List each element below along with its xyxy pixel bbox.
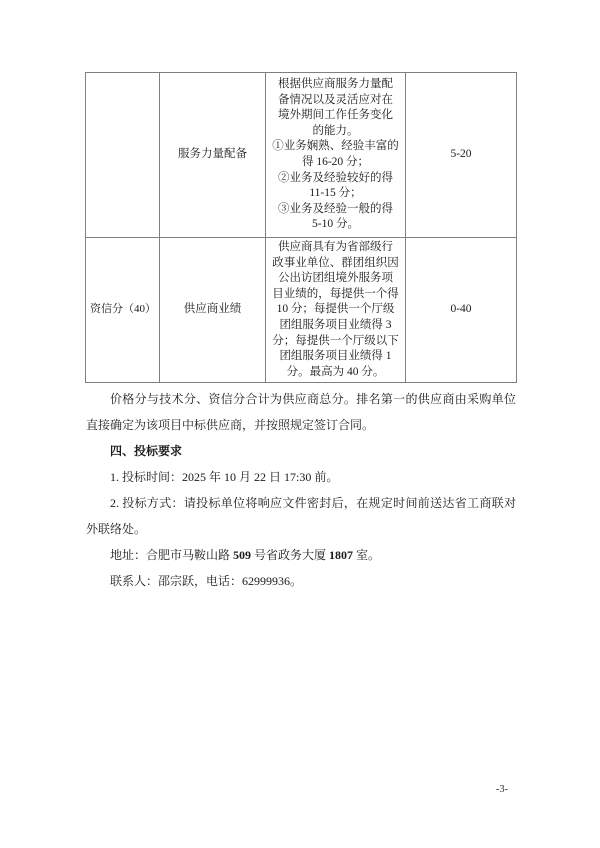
section-heading: 四、投标要求 [86, 438, 516, 464]
criteria-cell: 根据供应商服务力量配 备情况以及灵活应对在 境外期间工作任务变化 的能力。 ①业… [266, 73, 406, 238]
item-cell: 供应商业绩 [160, 238, 266, 383]
criteria-cell: 供应商具有为省部级行 政事业单位、群团组织因 公出访团组境外服务项 目业绩的，每… [266, 238, 406, 383]
category-cell: 资信分（40） [86, 238, 160, 383]
table-row: 服务力量配备 根据供应商服务力量配 备情况以及灵活应对在 境外期间工作任务变化 … [86, 73, 517, 238]
address-prefix: 地址：合肥市马鞍山路 [110, 548, 233, 562]
address-suffix: 室。 [353, 548, 380, 562]
score-cell: 5-20 [406, 73, 517, 238]
category-cell [86, 73, 160, 238]
bid-method-line: 2. 投标方式：请投标单位将响应文件密封后，在规定时间前送达省工商联对外联络处。 [86, 490, 516, 542]
document-page: 服务力量配备 根据供应商服务力量配 备情况以及灵活应对在 境外期间工作任务变化 … [0, 0, 600, 848]
contact-line: 联系人：邵宗跃，电话：62999936。 [86, 568, 516, 594]
score-cell: 0-40 [406, 238, 517, 383]
address-mid: 号省政务大厦 [251, 548, 329, 562]
body-text: 价格分与技术分、资信分合计为供应商总分。排名第一的供应商由采购单位直接确定为该项… [86, 386, 516, 594]
table-row: 资信分（40） 供应商业绩 供应商具有为省部级行 政事业单位、群团组织因 公出访… [86, 238, 517, 383]
bid-time-line: 1. 投标时间：2025 年 10 月 22 日 17:30 前。 [86, 464, 516, 490]
address-line: 地址：合肥市马鞍山路 509 号省政务大厦 1807 室。 [86, 542, 516, 568]
summary-paragraph: 价格分与技术分、资信分合计为供应商总分。排名第一的供应商由采购单位直接确定为该项… [86, 386, 516, 438]
address-room-number: 1807 [329, 548, 353, 562]
item-cell: 服务力量配备 [160, 73, 266, 238]
address-street-number: 509 [233, 548, 251, 562]
page-number: -3- [470, 784, 534, 795]
scoring-table: 服务力量配备 根据供应商服务力量配 备情况以及灵活应对在 境外期间工作任务变化 … [85, 72, 517, 383]
